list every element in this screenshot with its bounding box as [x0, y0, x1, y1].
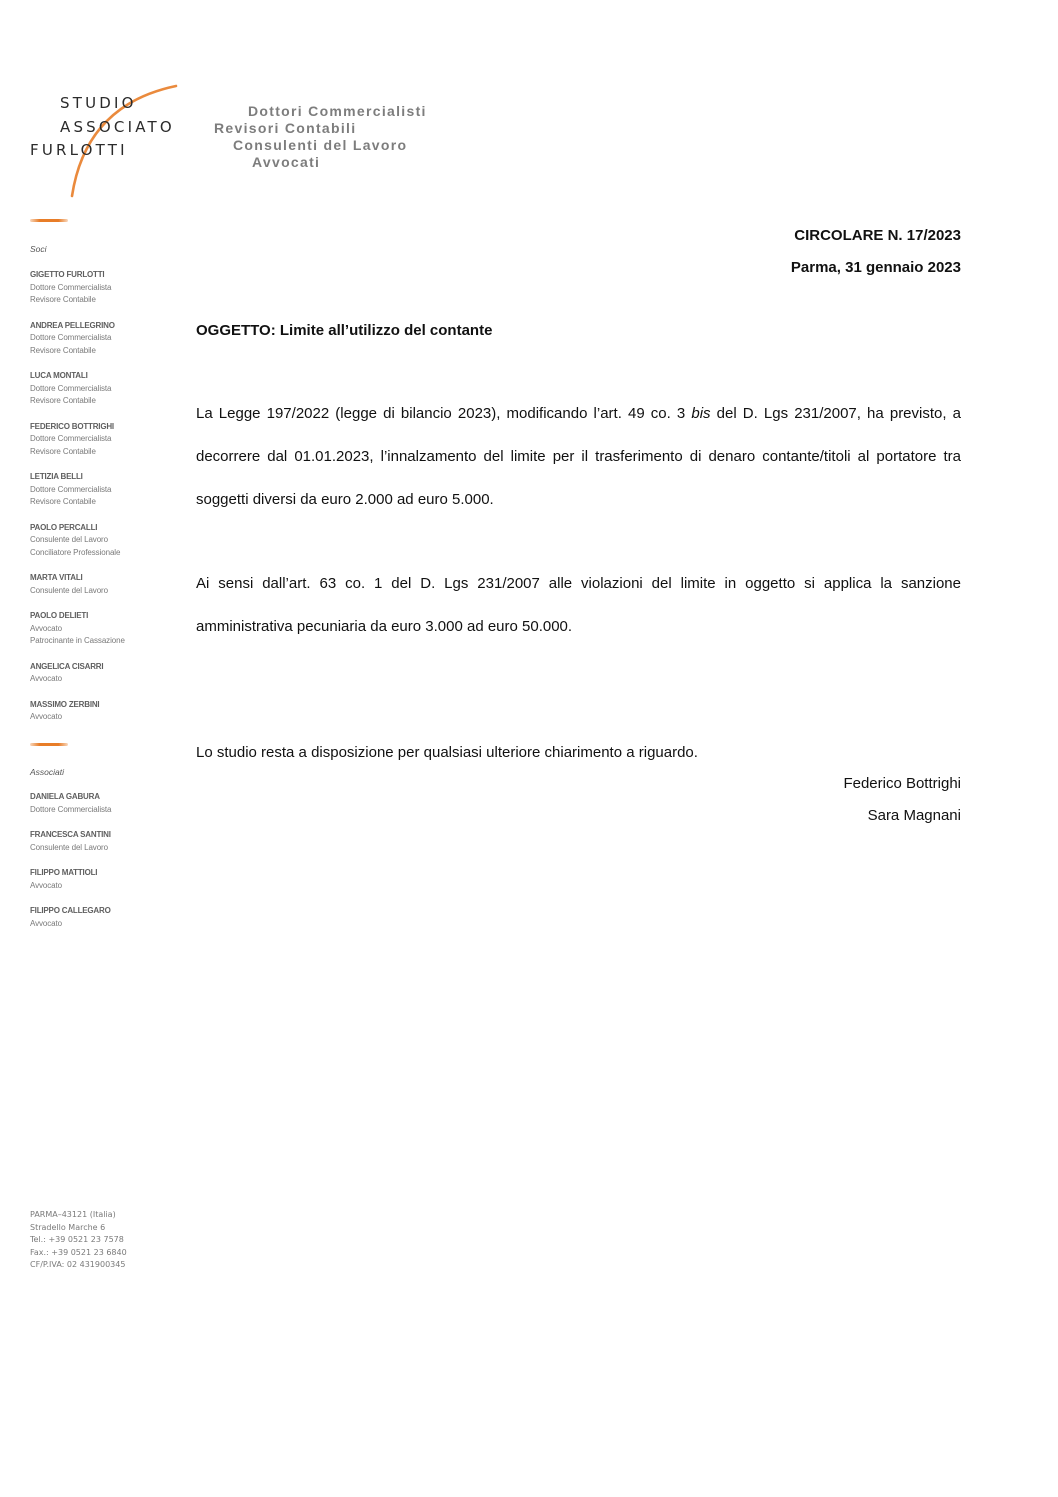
studio-logo: STUDIO ASSOCIATO FURLOTTI [28, 84, 188, 204]
member-name: FRANCESCA SANTINI [30, 829, 111, 842]
member-name: FEDERICO BOTTRIGHI [30, 421, 114, 434]
member-role: Dottore Commercialista [30, 332, 115, 345]
member-name: ANDREA PELLEGRINO [30, 320, 115, 333]
office-address: PARMA–43121 (Italia)Stradello Marche 6Te… [30, 1209, 127, 1272]
member-name: MASSIMO ZERBINI [30, 699, 99, 712]
member-role: Avvocato [30, 623, 125, 636]
profession-item: Consulenti del Lavoro [233, 138, 407, 152]
member-role: Consulente del Lavoro [30, 534, 120, 547]
logo-text-furlotti: FURLOTTI [30, 143, 128, 158]
member-name: MARTA VITALI [30, 572, 108, 585]
associati-label: Associati [30, 767, 64, 777]
address-line: Tel.: +39 0521 23 7578 [30, 1234, 127, 1247]
member-entry: FILIPPO MATTIOLIAvvocato [30, 867, 97, 892]
member-role: Revisore Contabile [30, 294, 111, 307]
member-role: Revisore Contabile [30, 496, 111, 509]
member-role: Dottore Commercialista [30, 282, 111, 295]
member-role: Consulente del Lavoro [30, 585, 108, 598]
member-role: Revisore Contabile [30, 446, 114, 459]
signatory: Sara Magnani [868, 807, 961, 824]
member-entry: DANIELA GABURADottore Commercialista [30, 791, 111, 816]
member-name: FILIPPO CALLEGARO [30, 905, 111, 918]
member-entry: ANDREA PELLEGRINODottore CommercialistaR… [30, 320, 115, 358]
member-name: FILIPPO MATTIOLI [30, 867, 97, 880]
member-role: Consulente del Lavoro [30, 842, 111, 855]
member-entry: MASSIMO ZERBINIAvvocato [30, 699, 99, 724]
member-role: Patrocinante in Cassazione [30, 635, 125, 648]
member-role: Avvocato [30, 918, 111, 931]
member-name: GIGETTO FURLOTTI [30, 269, 111, 282]
closing-sentence: Lo studio resta a disposizione per quals… [196, 744, 698, 761]
paragraph-text: La Legge 197/2022 (legge di bilancio 202… [196, 405, 691, 422]
member-role: Avvocato [30, 673, 103, 686]
member-role: Avvocato [30, 880, 97, 893]
profession-item: Avvocati [252, 155, 320, 169]
member-name: PAOLO DELIETI [30, 610, 125, 623]
member-entry: LUCA MONTALIDottore CommercialistaReviso… [30, 370, 111, 408]
member-entry: PAOLO PERCALLIConsulente del LavoroConci… [30, 522, 120, 560]
circolare-number: CIRCOLARE N. 17/2023 [794, 227, 961, 244]
orange-divider [30, 743, 68, 746]
address-line: CF/P.IVA: 02 431900345 [30, 1259, 127, 1272]
member-role: Dottore Commercialista [30, 804, 111, 817]
member-role: Dottore Commercialista [30, 484, 111, 497]
profession-item: Dottori Commercialisti [248, 104, 427, 118]
body-paragraph-2: Ai sensi dall’art. 63 co. 1 del D. Lgs 2… [196, 562, 961, 648]
logo-text-studio: STUDIO [60, 96, 137, 111]
member-entry: MARTA VITALIConsulente del Lavoro [30, 572, 108, 597]
member-entry: FRANCESCA SANTINIConsulente del Lavoro [30, 829, 111, 854]
member-role: Conciliatore Professionale [30, 547, 120, 560]
member-entry: GIGETTO FURLOTTIDottore CommercialistaRe… [30, 269, 111, 307]
member-role: Dottore Commercialista [30, 433, 114, 446]
member-entry: LETIZIA BELLIDottore CommercialistaRevis… [30, 471, 111, 509]
body-paragraph-1: La Legge 197/2022 (legge di bilancio 202… [196, 392, 961, 521]
signatory: Federico Bottrighi [843, 775, 961, 792]
member-role: Revisore Contabile [30, 395, 111, 408]
address-line: PARMA–43121 (Italia) [30, 1209, 127, 1222]
soci-label: Soci [30, 244, 47, 254]
paragraph-italic-text: bis [691, 405, 710, 422]
address-line: Stradello Marche 6 [30, 1222, 127, 1235]
member-entry: PAOLO DELIETIAvvocatoPatrocinante in Cas… [30, 610, 125, 648]
logo-text-associato: ASSOCIATO [60, 120, 175, 135]
member-name: LETIZIA BELLI [30, 471, 111, 484]
member-entry: FEDERICO BOTTRIGHIDottore Commercialista… [30, 421, 114, 459]
member-entry: ANGELICA CISARRIAvvocato [30, 661, 103, 686]
member-entry: FILIPPO CALLEGAROAvvocato [30, 905, 111, 930]
member-role: Revisore Contabile [30, 345, 115, 358]
orange-divider [30, 219, 68, 222]
member-role: Dottore Commercialista [30, 383, 111, 396]
member-name: PAOLO PERCALLI [30, 522, 120, 535]
member-name: ANGELICA CISARRI [30, 661, 103, 674]
member-name: LUCA MONTALI [30, 370, 111, 383]
document-subject: OGGETTO: Limite all’utilizzo del contant… [196, 322, 492, 339]
member-name: DANIELA GABURA [30, 791, 111, 804]
profession-item: Revisori Contabili [214, 121, 356, 135]
document-date: Parma, 31 gennaio 2023 [791, 259, 961, 276]
address-line: Fax.: +39 0521 23 6840 [30, 1247, 127, 1260]
member-role: Avvocato [30, 711, 99, 724]
